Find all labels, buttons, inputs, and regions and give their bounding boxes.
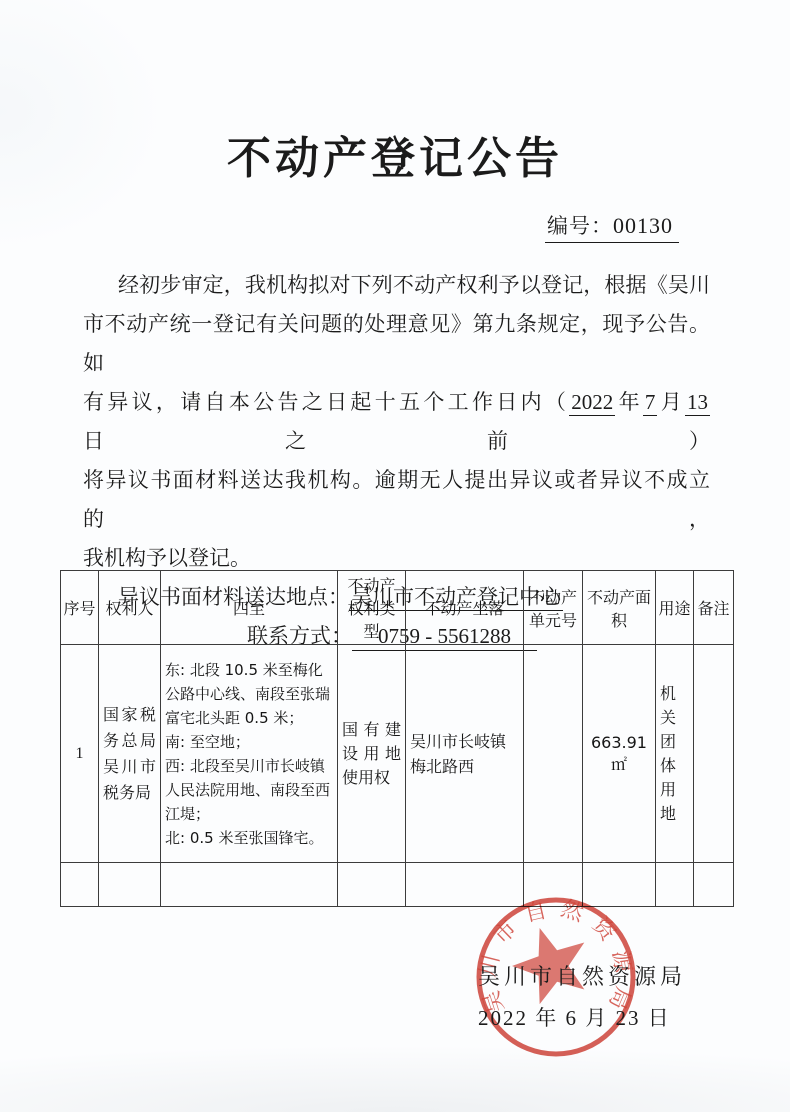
cell-seq: 1 [61,645,99,863]
day-suffix: 日之前） [83,429,710,453]
deadline-year: 2022 [569,390,615,416]
empty-cell [61,863,99,907]
deadline-month: 7 [643,390,658,416]
issuing-authority: 吴川市自然资源局 [478,958,686,998]
header-right-type: 不动产权利类型 [338,571,406,645]
signature-block: 吴川市自然资源局 2022 年 6 月 23 日 [478,958,686,1038]
header-area: 不动产面积 [583,571,656,645]
notice-line-3-text: 有异议，请自本公告之日起十五个工作日内（ [83,390,569,414]
document-number: 编号：00130 [545,210,679,243]
table-row: 1 国家税务总局吴川市税务局 东: 北段 10.5 米至梅化公路中心线、南段至张… [61,645,734,863]
cell-holder: 国家税务总局吴川市税务局 [99,645,161,863]
header-usage: 用途 [656,571,694,645]
cell-remark [694,645,734,863]
header-location: 不动产坐落 [406,571,524,645]
deadline-day: 13 [685,390,710,416]
cell-boundaries: 东: 北段 10.5 米至梅化公路中心线、南段至张瑞富宅北头距 0.5 米； 南… [161,645,338,863]
notice-line-3: 有异议，请自本公告之日起十五个工作日内（2022年7月13日之前） [83,383,710,461]
header-seq: 序号 [61,571,99,645]
cell-area: 663.91 ㎡ [583,645,656,863]
header-boundaries: 四至 [161,571,338,645]
empty-cell [99,863,161,907]
issue-date: 2022 年 6 月 23 日 [478,998,686,1038]
header-remark: 备注 [694,571,734,645]
header-holder: 权利人 [99,571,161,645]
document-number-value: 00130 [613,213,673,238]
notice-line-4: 将异议书面材料送达我机构。逾期无人提出异议或者异议不成立的， [83,461,710,539]
cell-usage: 机关团体用地 [656,645,694,863]
cell-unit-no [524,645,583,863]
page-title: 不动产登记公告 [0,122,790,186]
empty-cell [338,863,406,907]
empty-cell [694,863,734,907]
document-number-label: 编号： [547,214,613,238]
cell-right-type: 国有建设用地使用权 [338,645,406,863]
cell-location: 吴川市长岐镇梅北路西 [406,645,524,863]
table-header-row: 序号 权利人 四至 不动产权利类型 不动产坐落 不动产单元号 不动产面积 用途 … [61,571,734,645]
year-unit: 年 [615,390,643,414]
announcement-document: 不动产登记公告 编号：00130 经初步审定，我机构拟对下列不动产权利予以登记，… [0,0,790,1112]
notice-line-2: 市不动产统一登记有关问题的处理意见》第九条规定，现予公告。如 [83,305,710,383]
month-unit: 月 [657,390,685,414]
empty-cell [161,863,338,907]
notice-line-1: 经初步审定，我机构拟对下列不动产权利予以登记，根据《吴川 [83,266,710,305]
registration-table: 序号 权利人 四至 不动产权利类型 不动产坐落 不动产单元号 不动产面积 用途 … [60,570,734,907]
header-unit-no: 不动产单元号 [524,571,583,645]
